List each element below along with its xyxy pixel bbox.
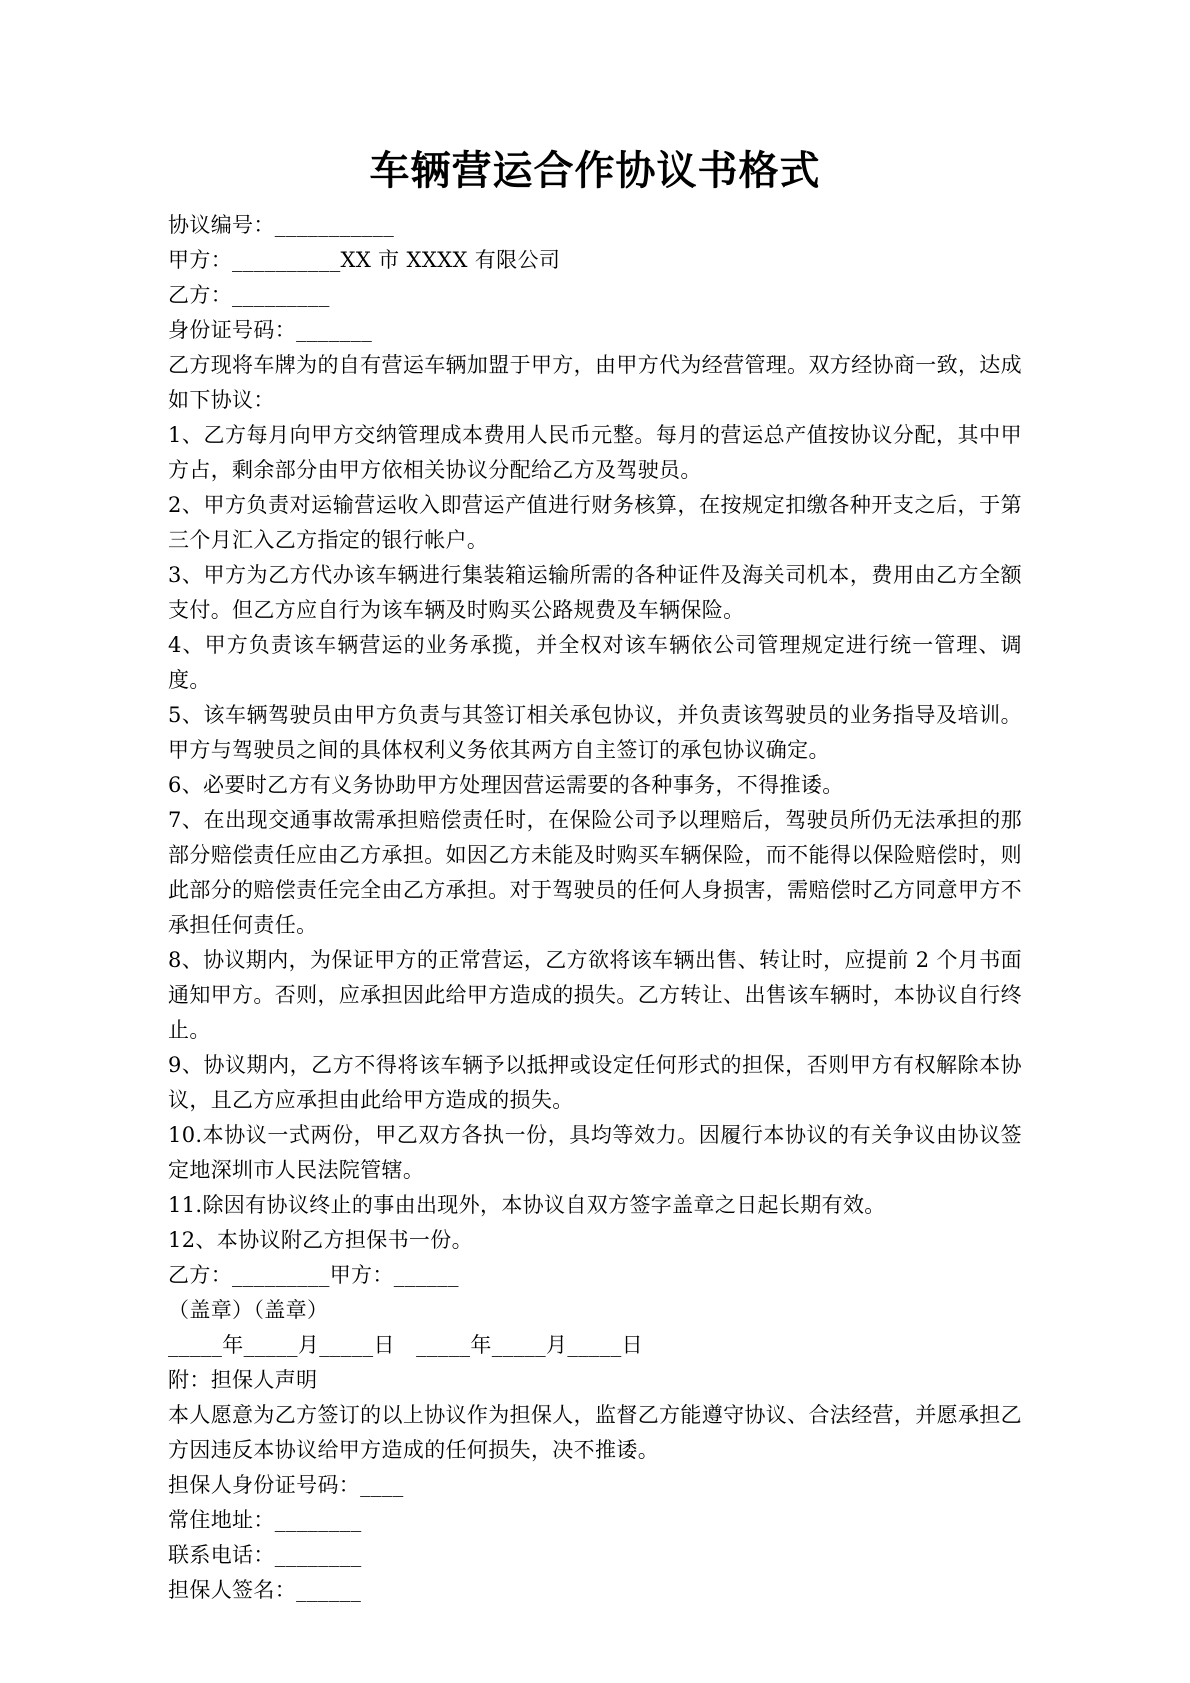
field-party-a: 甲方：__________XX 市 XXXX 有限公司 — [168, 243, 1022, 278]
field-guarantor-address: 常住地址：________ — [168, 1503, 1022, 1538]
clause-12: 12、本协议附乙方担保书一份。 — [168, 1223, 1022, 1258]
field-party-b: 乙方：_________ — [168, 278, 1022, 313]
document-title: 车辆营运合作协议书格式 — [168, 146, 1022, 196]
clause-10: 10.本协议一式两份，甲乙双方各执一份，具均等效力。因履行本协议的有关争议由协议… — [168, 1118, 1022, 1188]
clause-6: 6、必要时乙方有义务协助甲方处理因营运需要的各种事务，不得推诿。 — [168, 768, 1022, 803]
clause-8: 8、协议期内，为保证甲方的正常营运，乙方欲将该车辆出售、转让时，应提前 2 个月… — [168, 943, 1022, 1048]
clause-11: 11.除因有协议终止的事由出现外，本协议自双方签字盖章之日起长期有效。 — [168, 1188, 1022, 1223]
attachment-heading: 附：担保人声明 — [168, 1363, 1022, 1398]
date-line: _____年_____月_____日 _____年_____月_____日 — [168, 1328, 1022, 1363]
clause-2: 2、甲方负责对运输营运收入即营运产值进行财务核算，在按规定扣缴各种开支之后，于第… — [168, 488, 1022, 558]
field-guarantor-phone: 联系电话：________ — [168, 1538, 1022, 1573]
clause-7: 7、在出现交通事故需承担赔偿责任时，在保险公司予以理赔后，驾驶员所仍无法承担的那… — [168, 803, 1022, 943]
agreement-document: 车辆营运合作协议书格式 协议编号：___________ 甲方：________… — [0, 0, 1190, 1683]
clause-5: 5、该车辆驾驶员由甲方负责与其签订相关承包协议，并负责该驾驶员的业务指导及培训。… — [168, 698, 1022, 768]
clause-3: 3、甲方为乙方代办该车辆进行集装箱运输所需的各种证件及海关司机本，费用由乙方全额… — [168, 558, 1022, 628]
clause-1: 1、乙方每月向甲方交纳管理成本费用人民币元整。每月的营运总产值按协议分配，其中甲… — [168, 418, 1022, 488]
clause-4: 4、甲方负责该车辆营运的业务承揽，并全权对该车辆依公司管理规定进行统一管理、调度… — [168, 628, 1022, 698]
intro-paragraph: 乙方现将车牌为的自有营运车辆加盟于甲方，由甲方代为经营管理。双方经协商一致，达成… — [168, 348, 1022, 418]
clause-9: 9、协议期内，乙方不得将该车辆予以抵押或设定任何形式的担保，否则甲方有权解除本协… — [168, 1048, 1022, 1118]
seal-line: （盖章）（盖章） — [168, 1293, 1022, 1328]
field-id-number: 身份证号码：_______ — [168, 313, 1022, 348]
guarantor-statement: 本人愿意为乙方签订的以上协议作为担保人，监督乙方能遵守协议、合法经营，并愿承担乙… — [168, 1398, 1022, 1468]
field-guarantor-id: 担保人身份证号码：____ — [168, 1468, 1022, 1503]
field-guarantor-signature: 担保人签名：______ — [168, 1573, 1022, 1608]
field-agreement-number: 协议编号：___________ — [168, 208, 1022, 243]
signature-line: 乙方：_________甲方：______ — [168, 1258, 1022, 1293]
